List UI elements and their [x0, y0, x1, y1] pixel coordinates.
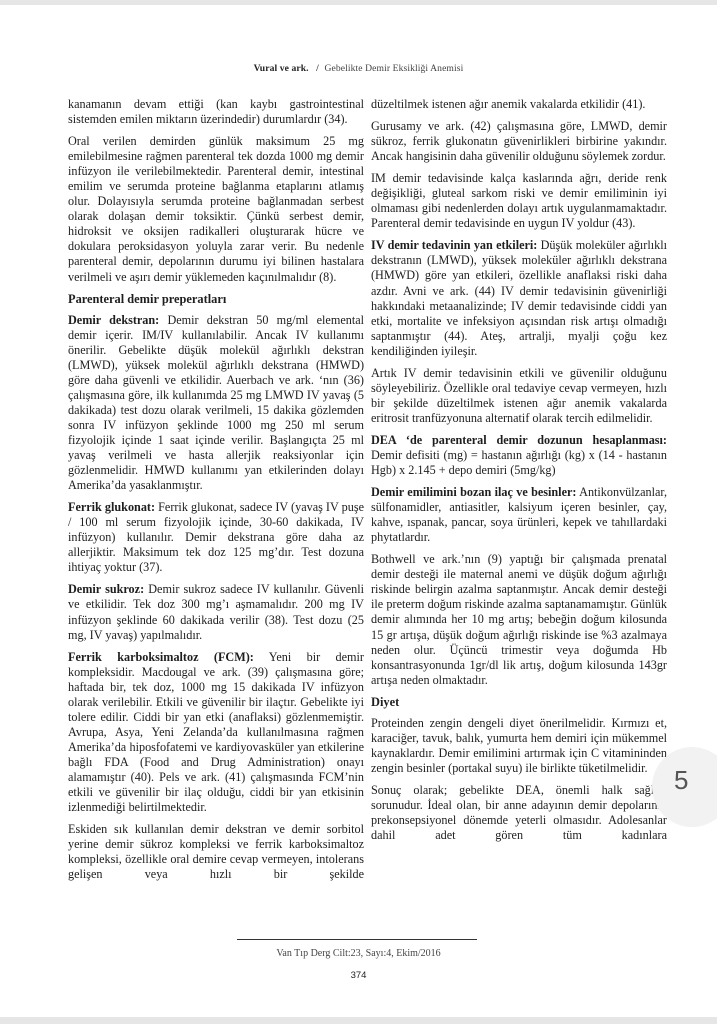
footer-divider	[237, 939, 477, 940]
running-header: Vural ve ark. / Gebelikte Demir Eksikliğ…	[0, 63, 717, 74]
paragraph-ferrik-glukonat: Ferrik glukonat: Ferrik glukonat, sadece…	[68, 500, 364, 575]
left-column: kanamanın devam ettiği (kan kaybı gastro…	[68, 97, 364, 889]
paragraph: düzeltilmek istenen ağır anemik vakalard…	[371, 97, 667, 112]
paragraph-demir-sukroz: Demir sukroz: Demir sukroz sadece IV kul…	[68, 582, 364, 642]
right-column: düzeltilmek istenen ağır anemik vakalard…	[371, 97, 667, 850]
paragraph: Artık IV demir tedavisinin etkili ve güv…	[371, 366, 667, 426]
paragraph-dea-doz: DEA ‘de parenteral demir dozunun hesapla…	[371, 433, 667, 478]
paragraph: IM demir tedavisinde kalça kaslarında ağ…	[371, 171, 667, 231]
paragraph-yan-etkiler: IV demir tedavinin yan etkileri: Düşük m…	[371, 238, 667, 358]
term-label: Demir emilimini bozan ilaç ve besinler:	[371, 485, 576, 499]
paragraph: Eskiden sık kullanılan demir dekstran ve…	[68, 822, 364, 882]
term-label: DEA ‘de parenteral demir dozunun hesapla…	[371, 433, 667, 447]
section-heading: Parenteral demir preperatları	[68, 292, 364, 307]
term-label: Ferrik glukonat:	[68, 500, 155, 514]
paragraph: Oral verilen demirden günlük maksimum 25…	[68, 134, 364, 284]
header-author: Vural ve ark.	[254, 63, 309, 74]
term-label: Demir sukroz:	[68, 582, 144, 596]
page-indicator-value: 5	[674, 765, 688, 796]
document-page: Vural ve ark. / Gebelikte Demir Eksikliğ…	[0, 5, 717, 1017]
paragraph: Bothwell ve ark.’nın (9) yaptığı bir çal…	[371, 552, 667, 687]
paragraph: kanamanın devam ettiği (kan kaybı gastro…	[68, 97, 364, 127]
footer-journal: Van Tıp Derg Cilt:23, Sayı:4, Ekim/2016	[0, 948, 717, 959]
paragraph-fcm: Ferrik karboksimaltoz (FCM): Yeni bir de…	[68, 650, 364, 816]
paragraph: Sonuç olarak; gebelikte DEA, önemli halk…	[371, 783, 667, 843]
section-heading: Diyet	[371, 695, 667, 710]
paragraph-demir-dekstran: Demir dekstran: Demir dekstran 50 mg/ml …	[68, 313, 364, 494]
header-separator: /	[316, 63, 319, 74]
term-label: Ferrik karboksimaltoz (FCM):	[68, 650, 254, 664]
paragraph: Proteinden zengin dengeli diyet önerilme…	[371, 716, 667, 776]
term-label: IV demir tedavinin yan etkileri:	[371, 238, 537, 252]
term-label: Demir dekstran:	[68, 313, 159, 327]
header-title: Gebelikte Demir Eksikliği Anemisi	[324, 63, 463, 74]
paragraph: Gurusamy ve ark. (42) çalışmasına göre, …	[371, 119, 667, 164]
page-number: 374	[0, 970, 717, 981]
paragraph-emilim-bozan: Demir emilimini bozan ilaç ve besinler: …	[371, 485, 667, 545]
